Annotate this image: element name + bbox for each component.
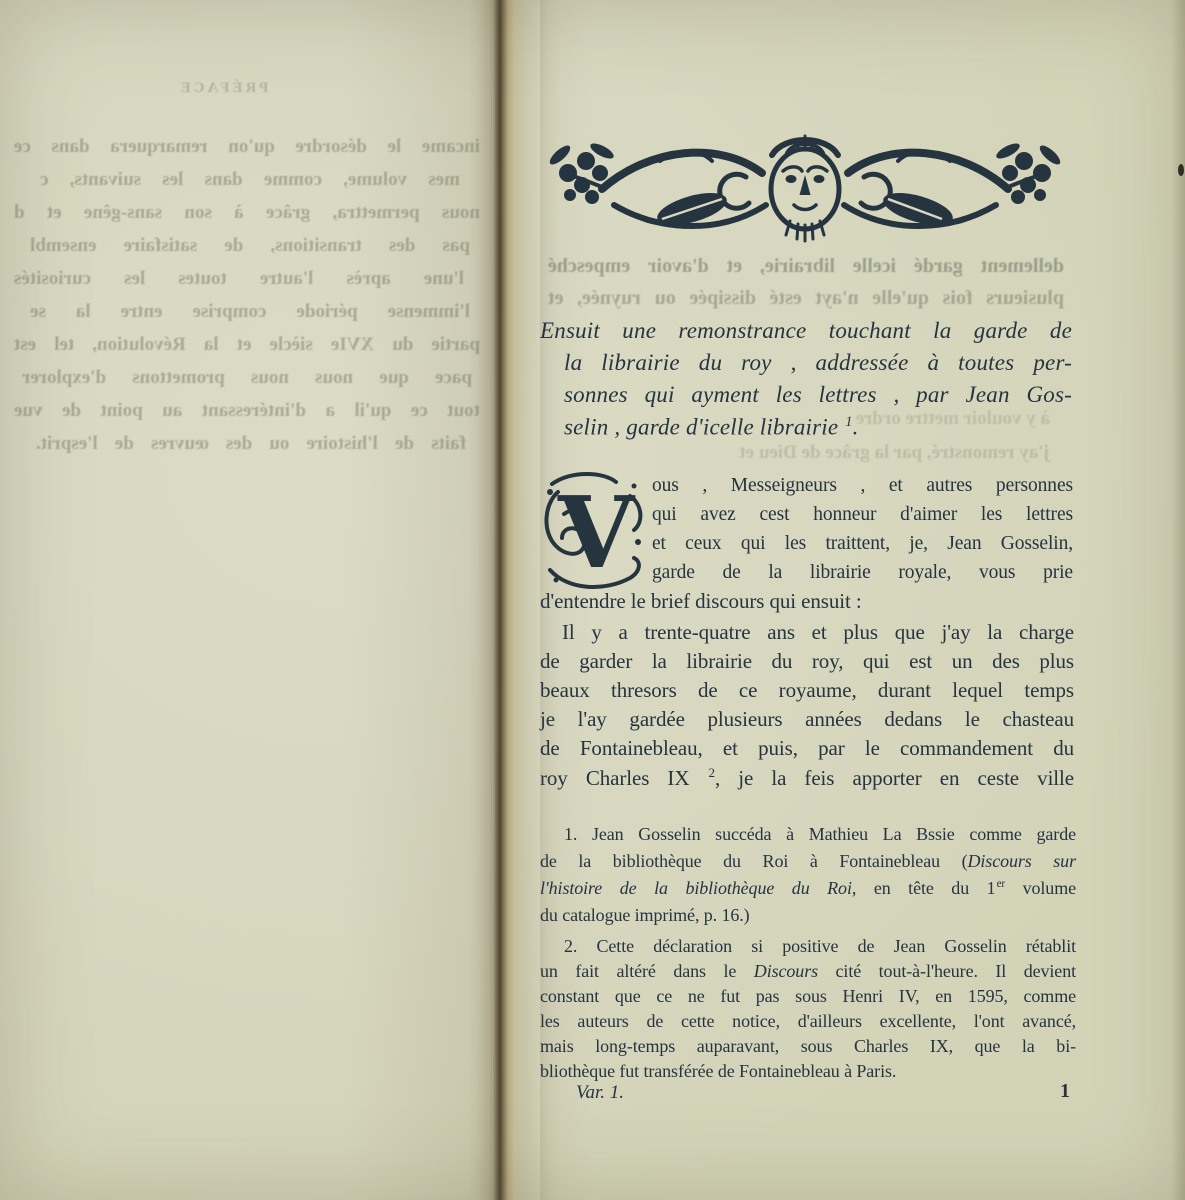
- body-line: garde de la librairie royale, vous prie: [652, 562, 1073, 584]
- footnote-line: un fait altéré dans le Discours cité tou…: [540, 961, 1076, 982]
- footnote-line: les auteurs de cette notice, d'ailleurs …: [540, 1011, 1076, 1032]
- dropcap-initial-v-icon: V: [542, 470, 648, 596]
- heading-line: la librairie du roy , addressée à toutes…: [564, 350, 1072, 376]
- bleedthrough-header: PRÉFACE: [118, 80, 328, 97]
- left-page: PRÉFACE incame le désordre qu'on remarqu…: [0, 0, 492, 1200]
- body-line: ous , Messeigneurs , et autres personnes: [652, 475, 1073, 497]
- bleedthrough-line: dellement gardé icelle librairie, et d'a…: [548, 255, 1064, 278]
- body-line: de garder la librairie du roy, qui est u…: [540, 649, 1074, 674]
- bleedthrough-line: l'immense période comprise entre la se: [30, 301, 470, 323]
- page-number: 1: [1020, 1080, 1070, 1103]
- footnote-line: de la bibliothèque du Roi à Fontaineblea…: [540, 851, 1076, 872]
- dropcap-letter: V: [557, 476, 636, 591]
- body-line: je l'ay gardée plusieurs années dedans l…: [540, 707, 1074, 732]
- bleedthrough-line: pace que nous nous promettons d'explorer: [22, 367, 472, 389]
- bleedthrough-line: nous permettra, grâce à son sans-gêne et…: [14, 202, 480, 224]
- body-line: beaux thresors de ce royaume, durant leq…: [540, 678, 1074, 703]
- bleedthrough-line: incame le désordre qu'on remarquera dans…: [14, 136, 480, 158]
- bleedthrough-line: plusieurs fois qu'elle n'ayt esté dissip…: [548, 287, 1064, 310]
- right-page: dellement gardé icelle librairie, et d'a…: [540, 0, 1185, 1200]
- bleedthrough-line: tout ce qu'il a d'intéressant au point d…: [14, 400, 480, 422]
- body-line: et ceux qui les traittent, je, Jean Goss…: [652, 533, 1073, 555]
- body-line: Il y a trente-quatre ans et plus que j'a…: [540, 620, 1074, 645]
- footnote-line: constant que ce ne fut pas sous Henri IV…: [540, 986, 1076, 1007]
- bleedthrough-line: mes volume, comme dans les suivants, c: [40, 169, 460, 191]
- footnote-line: l'histoire de la bibliothèque du Roi, en…: [540, 878, 1076, 899]
- heading-line: sonnes qui ayment les lettres , par Jean…: [564, 382, 1072, 408]
- bleedthrough-line: faits de l'histoire ou des œuvres de l'e…: [36, 433, 466, 455]
- body-line: roy Charles IX 2, je la feis apporter en…: [540, 765, 1074, 791]
- footnote-line: du catalogue imprimé, p. 16.): [540, 905, 1076, 926]
- body-line: d'entendre le brief discours qui ensuit …: [540, 589, 1074, 614]
- body-line: qui avez cest honneur d'aimer les lettre…: [652, 504, 1073, 526]
- bleedthrough-line: j'ay remonstré, par la grâce de Dieu et: [650, 442, 1050, 464]
- headpiece-ornament-woodcut-icon: [540, 127, 1070, 249]
- footnote-line: 2. Cette déclaration si positive de Jean…: [540, 936, 1076, 957]
- book-gutter: [468, 0, 548, 1200]
- heading-line: Ensuit une remonstrance touchant la gard…: [540, 318, 1072, 344]
- bleedthrough-line: partie du XVIe siècle et la Révolution, …: [14, 334, 480, 356]
- footnote-line: 1. Jean Gosselin succéda à Mathieu La Bs…: [540, 824, 1076, 845]
- ink-speck: [1178, 164, 1184, 176]
- book-photo: PRÉFACE incame le désordre qu'on remarqu…: [0, 0, 1185, 1200]
- signature-mark: Var. 1.: [576, 1082, 696, 1104]
- bleedthrough-line: l'une après l'autre toutes les curiosité…: [14, 268, 464, 290]
- footnote-line: bliothèque fut transférée de Fontaineble…: [540, 1061, 1076, 1082]
- heading-line: selin , garde d'icelle librairie 1.: [564, 414, 1072, 441]
- body-line: de Fontainebleau, et puis, par le comman…: [540, 736, 1074, 761]
- footnote-line: mais long-temps auparavant, sous Charles…: [540, 1036, 1076, 1057]
- bleedthrough-line: pas des transitions, de satisfaire ensem…: [30, 235, 470, 257]
- page-fore-edge: [1171, 0, 1185, 1200]
